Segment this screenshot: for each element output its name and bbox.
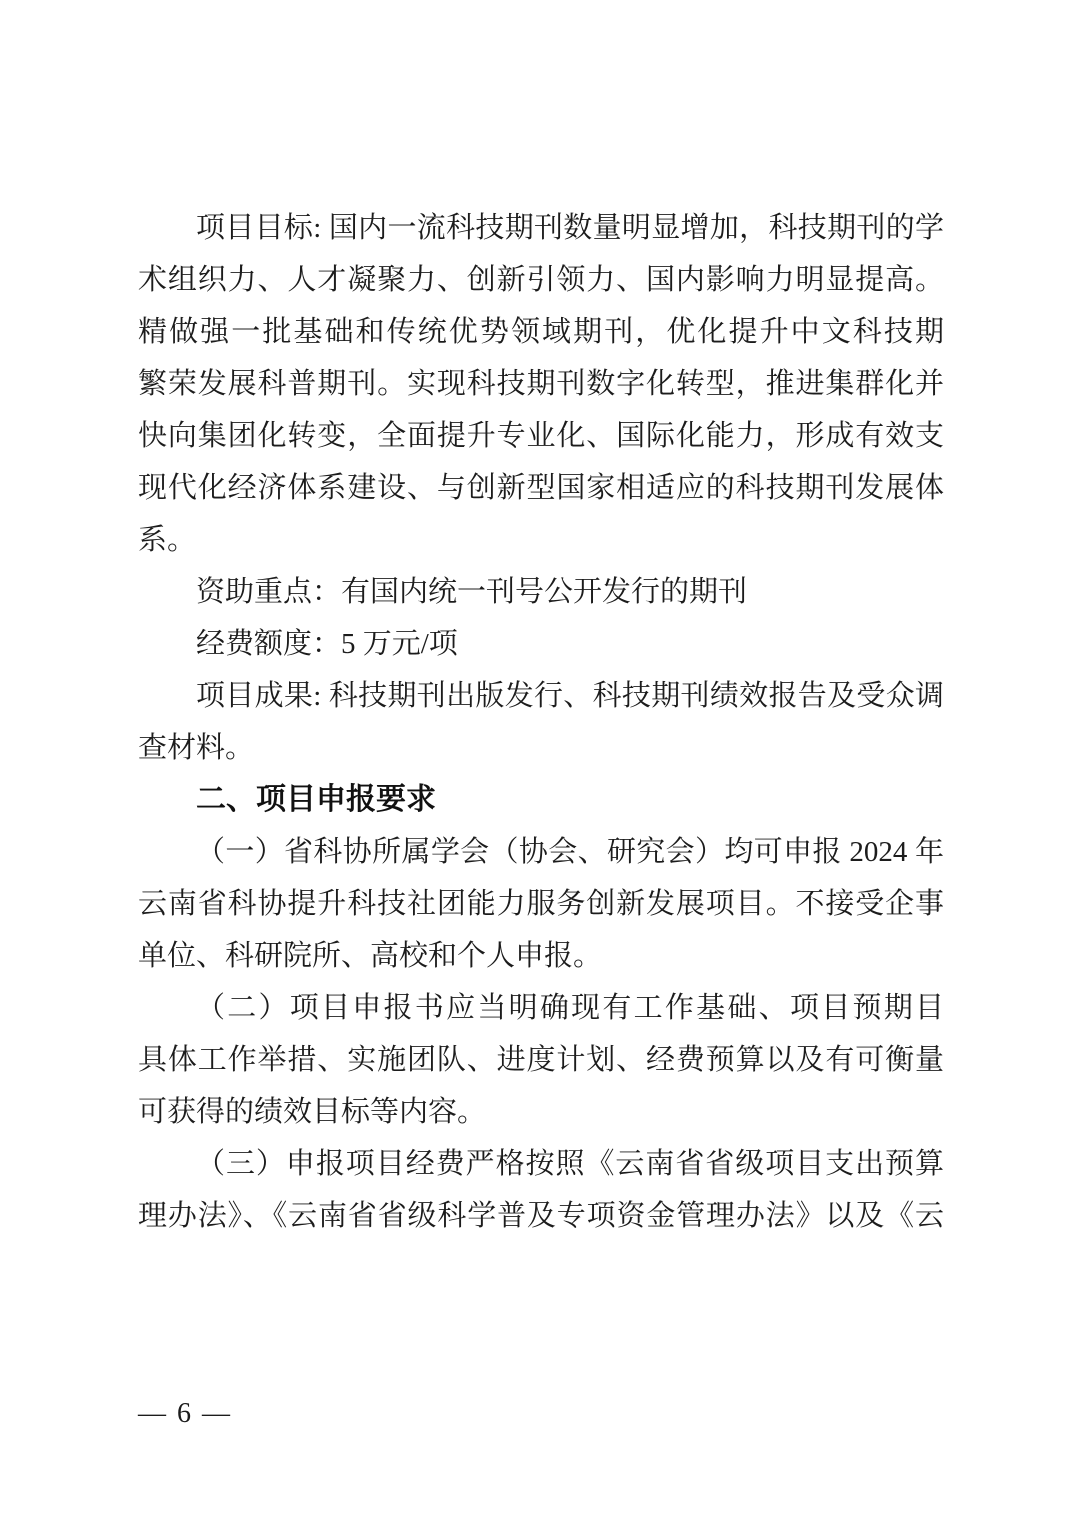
document-page: 项目目标: 国内一流科技期刊数量明显增加，科技期刊的学术组织力、人才凝聚力、创新… xyxy=(0,0,1071,1515)
text-line: 理办法》、《云南省省级科学普及专项资金管理办法》以及《云 xyxy=(138,1190,944,1242)
text-line: 项目目标: 国内一流科技期刊数量明显增加，科技期刊的学 xyxy=(138,202,944,254)
text-line: 具体工作举措、实施团队、进度计划、经费预算以及有可衡量和 xyxy=(138,1034,944,1086)
text-line: 查材料。 xyxy=(138,722,944,774)
section-heading: 二、项目申报要求 xyxy=(138,774,944,826)
text-line: 经费额度：5 万元/项 xyxy=(138,618,944,670)
text-line: 系。 xyxy=(138,514,944,566)
text-line: 精做强一批基础和传统优势领域期刊，优化提升中文科技期刊， xyxy=(138,306,944,358)
text-line: 可获得的绩效目标等内容。 xyxy=(138,1086,944,1138)
text-line: 快向集团化转变，全面提升专业化、国际化能力，形成有效支撑 xyxy=(138,410,944,462)
text-line: （一）省科协所属学会（协会、研究会）均可申报 2024 年 xyxy=(138,826,944,878)
text-line: 术组织力、人才凝聚力、创新引领力、国内影响力明显提高。做 xyxy=(138,254,944,306)
text-line: 云南省科协提升科技社团能力服务创新发展项目。不接受企事业 xyxy=(138,878,944,930)
text-line: （三）申报项目经费严格按照《云南省省级项目支出预算管 xyxy=(138,1138,944,1190)
text-line: 资助重点：有国内统一刊号公开发行的期刊 xyxy=(138,566,944,618)
text-block: 项目目标: 国内一流科技期刊数量明显增加，科技期刊的学术组织力、人才凝聚力、创新… xyxy=(138,202,944,1242)
page-number: — 6 — xyxy=(138,1396,232,1432)
text-line: 项目成果: 科技期刊出版发行、科技期刊绩效报告及受众调 xyxy=(138,670,944,722)
text-line: 单位、科研院所、高校和个人申报。 xyxy=(138,930,944,982)
text-line: （二）项目申报书应当明确现有工作基础、项目预期目标、 xyxy=(138,982,944,1034)
text-line: 现代化经济体系建设、与创新型国家相适应的科技期刊发展体 xyxy=(138,462,944,514)
text-line: 繁荣发展科普期刊。实现科技期刊数字化转型，推进集群化并加 xyxy=(138,358,944,410)
